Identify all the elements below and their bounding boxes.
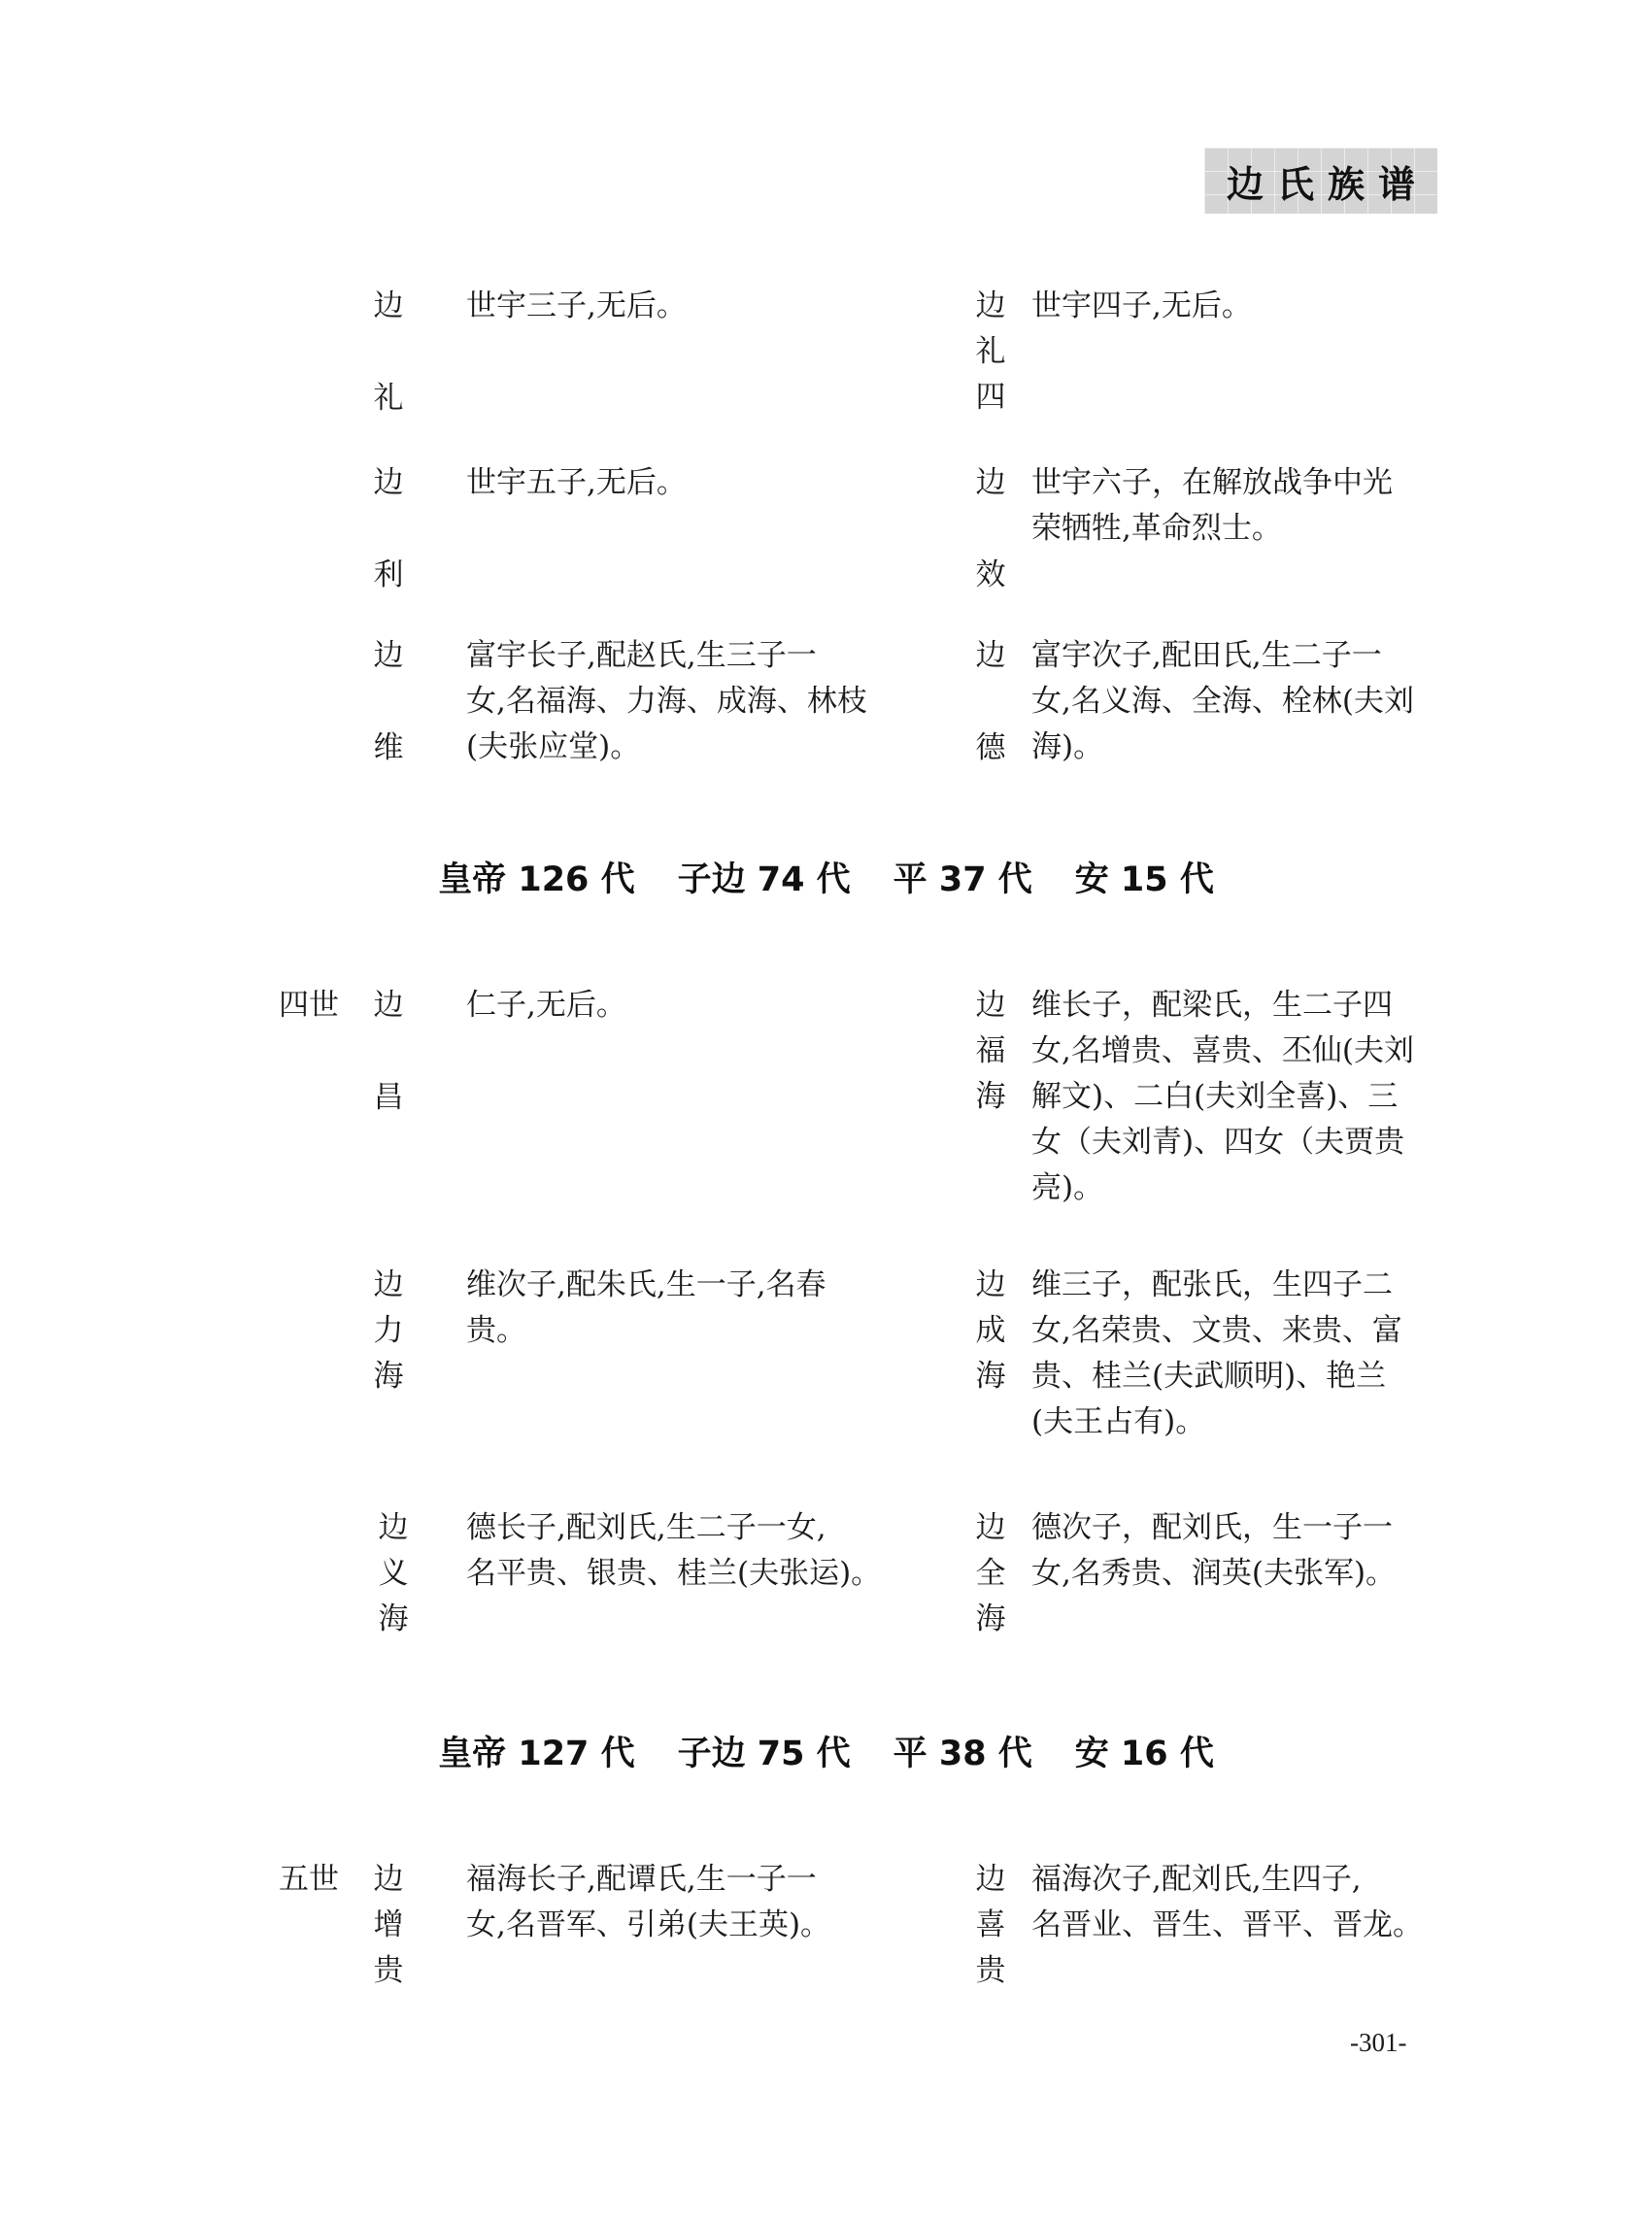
person-name: 边 福 海	[971, 983, 1010, 1120]
genealogy-entry: 边 效 世宇六子，在解放战争中光 荣牺牲,革命烈士。	[971, 460, 1447, 606]
book-title: 边氏族谱	[1213, 154, 1429, 208]
genealogy-entry: 边 喜 贵 福海次子,配刘氏,生四子, 名晋业、晋生、晋平、晋龙。	[971, 1857, 1447, 2003]
generation-label-fifth: 五世	[279, 1857, 339, 1903]
genealogy-entry: 边 利 世宇五子,无后。	[369, 460, 913, 606]
person-name: 边 效	[971, 460, 1010, 598]
genealogy-entry: 边 力 海 维次子,配朱氏,生一子,名春 贵。	[369, 1263, 913, 1408]
person-description: 维长子，配梁氏，生二子四 女,名增贵、喜贵、丕仙(夫刘 解文)、二白(夫刘全喜)…	[1031, 983, 1459, 1211]
genealogy-entry: 边 德 富宇次子,配田氏,生二子一 女,名义海、全海、栓林(夫刘 海)。	[971, 633, 1447, 779]
person-description: 富宇次子,配田氏,生二子一 女,名义海、全海、栓林(夫刘 海)。	[1031, 633, 1459, 770]
person-name: 边 维	[369, 633, 408, 771]
generation-label-fourth: 四世	[279, 983, 339, 1029]
genealogy-entry: 边 增 贵 福海长子,配谭氏,生一子一 女,名晋军、引弟(夫王英)。	[369, 1857, 913, 2003]
person-name: 边 义 海	[374, 1505, 413, 1642]
person-description: 福海长子,配谭氏,生一子一 女,名晋军、引弟(夫王英)。	[466, 1857, 923, 1948]
genealogy-entry: 边 礼 世宇三子,无后。	[369, 284, 913, 429]
person-description: 维次子,配朱氏,生一子,名春 贵。	[466, 1263, 923, 1354]
genealogy-entry: 边 义 海 德长子,配刘氏,生二子一女, 名平贵、银贵、桂兰(夫张运)。	[374, 1505, 918, 1651]
page-number: -301-	[1350, 2028, 1406, 2058]
person-name: 边 利	[369, 460, 408, 598]
person-description: 世宇四子,无后。	[1031, 284, 1449, 329]
person-description: 富宇长子,配赵氏,生三子一 女,名福海、力海、成海、林枝 (夫张应堂)。	[466, 633, 923, 770]
person-name: 边 礼 四	[971, 284, 1010, 421]
person-name: 边 力 海	[369, 1263, 408, 1400]
person-name: 边 增 贵	[369, 1857, 408, 1994]
person-description: 德次子，配刘氏，生一子一 女,名秀贵、润英(夫张军)。	[1031, 1505, 1459, 1597]
person-description: 世宇五子,无后。	[466, 460, 913, 506]
generation-heading: 皇帝 127 代子边 75 代平 38 代安 16 代	[0, 1727, 1652, 1775]
person-description: 福海次子,配刘氏,生四子, 名晋业、晋生、晋平、晋龙。	[1031, 1857, 1459, 1948]
genealogy-entry: 边 礼 四 世宇四子,无后。	[971, 284, 1447, 429]
person-name: 边 德	[971, 633, 1010, 771]
person-description: 维三子，配张氏，生四子二 女,名荣贵、文贵、来贵、富 贵、桂兰(夫武顺明)、艳兰…	[1031, 1263, 1459, 1445]
genealogy-entry: 边 成 海 维三子，配张氏，生四子二 女,名荣贵、文贵、来贵、富 贵、桂兰(夫武…	[971, 1263, 1447, 1457]
book-title-banner: 边氏族谱	[1204, 148, 1437, 214]
person-description: 德长子,配刘氏,生二子一女, 名平贵、银贵、桂兰(夫张运)。	[466, 1505, 923, 1597]
genealogy-entry: 边 福 海 维长子，配梁氏，生二子四 女,名增贵、喜贵、丕仙(夫刘 解文)、二白…	[971, 983, 1447, 1226]
person-name: 边 成 海	[971, 1263, 1010, 1400]
person-name: 边 全 海	[971, 1505, 1010, 1642]
genealogy-entry: 边 维 富宇长子,配赵氏,生三子一 女,名福海、力海、成海、林枝 (夫张应堂)。	[369, 633, 913, 779]
genealogy-entry: 边 昌 仁子,无后。	[369, 983, 913, 1129]
person-description: 世宇三子,无后。	[466, 284, 913, 329]
person-description: 仁子,无后。	[466, 983, 913, 1029]
person-description: 世宇六子，在解放战争中光 荣牺牲,革命烈士。	[1031, 460, 1449, 552]
person-name: 边 礼	[369, 284, 408, 422]
generation-heading: 皇帝 126 代子边 74 代平 37 代安 15 代	[0, 853, 1652, 901]
person-name: 边 昌	[369, 983, 408, 1121]
person-name: 边 喜 贵	[971, 1857, 1010, 1994]
genealogy-entry: 边 全 海 德次子，配刘氏，生一子一 女,名秀贵、润英(夫张军)。	[971, 1505, 1447, 1651]
